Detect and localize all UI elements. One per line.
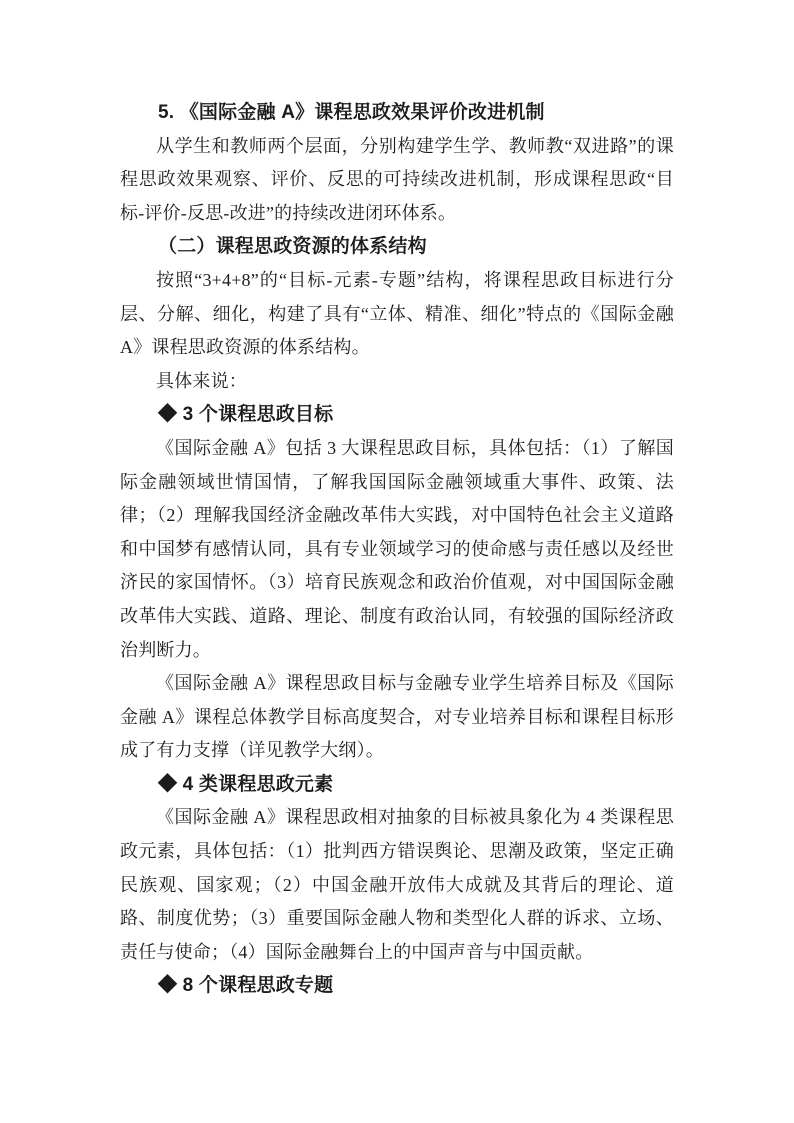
four-elements-heading: ◆ 4 类课程思政元素 — [120, 768, 674, 802]
goals-alignment-paragraph: 《国际金融 A》课程思政目标与金融专业学生培养目标及《国际金融 A》课程总体教学… — [120, 667, 674, 768]
section-5-paragraph: 从学生和教师两个层面，分别构建学生学、教师教“双进路”的课程思政效果观察、评价、… — [120, 130, 674, 231]
document-body: 5. 《国际金融 A》课程思政效果评价改进机制从学生和教师两个层面，分别构建学生… — [120, 96, 674, 1003]
three-goals-paragraph: 《国际金融 A》包括 3 大课程思政目标，具体包括：（1）了解国际金融领域世情国… — [120, 432, 674, 667]
structure-overview-paragraph: 按照“3+4+8”的“目标-元素-专题”结构，将课程思政目标进行分层、分解、细化… — [120, 264, 674, 365]
document-page: 5. 《国际金融 A》课程思政效果评价改进机制从学生和教师两个层面，分别构建学生… — [0, 0, 794, 1123]
eight-topics-heading: ◆ 8 个课程思政专题 — [120, 969, 674, 1003]
section-5-heading: 5. 《国际金融 A》课程思政效果评价改进机制 — [120, 96, 674, 130]
lead-in-paragraph: 具体来说： — [120, 365, 674, 399]
four-elements-paragraph: 《国际金融 A》课程思政相对抽象的目标被具象化为 4 类课程思政元素，具体包括：… — [120, 801, 674, 969]
three-goals-heading: ◆ 3 个课程思政目标 — [120, 398, 674, 432]
section-2-heading: （二）课程思政资源的体系结构 — [120, 230, 674, 264]
